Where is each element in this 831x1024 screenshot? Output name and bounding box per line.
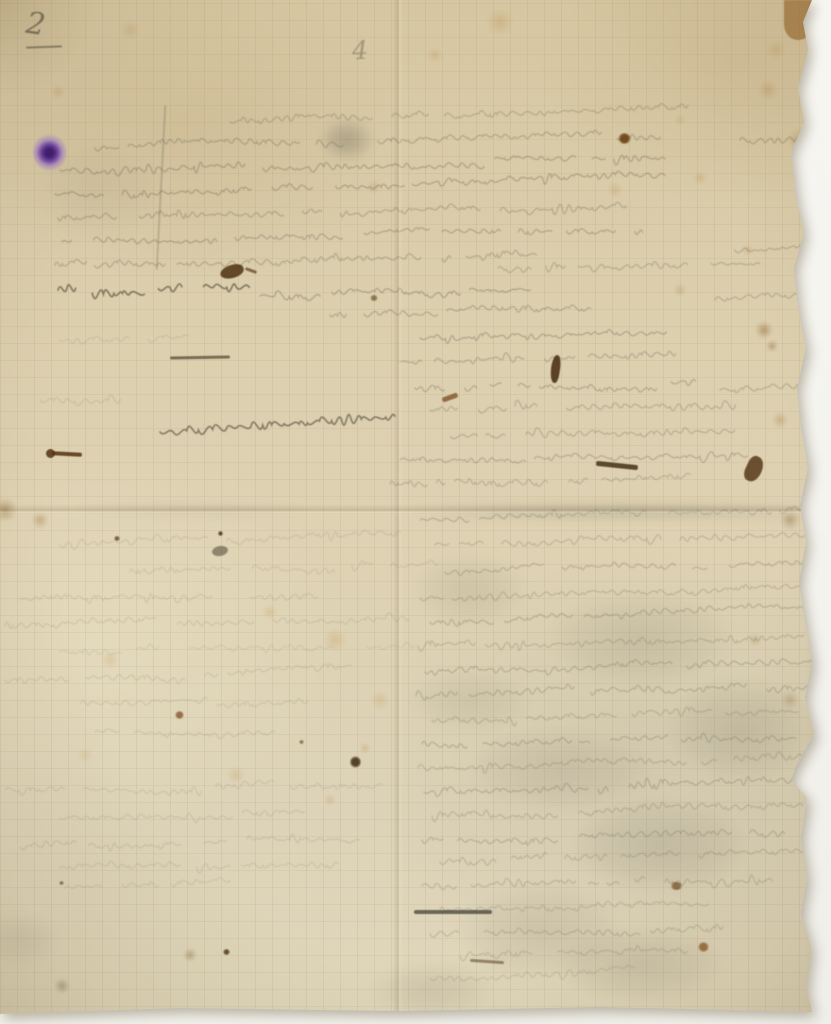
- letter-page-wrap: 2 4: [0, 0, 831, 1024]
- scanner-background: 2 4: [0, 0, 831, 1024]
- paper-vignette: [0, 0, 831, 1024]
- paper-sheet: 2 4: [0, 0, 831, 1024]
- age-spot: [810, 994, 826, 1010]
